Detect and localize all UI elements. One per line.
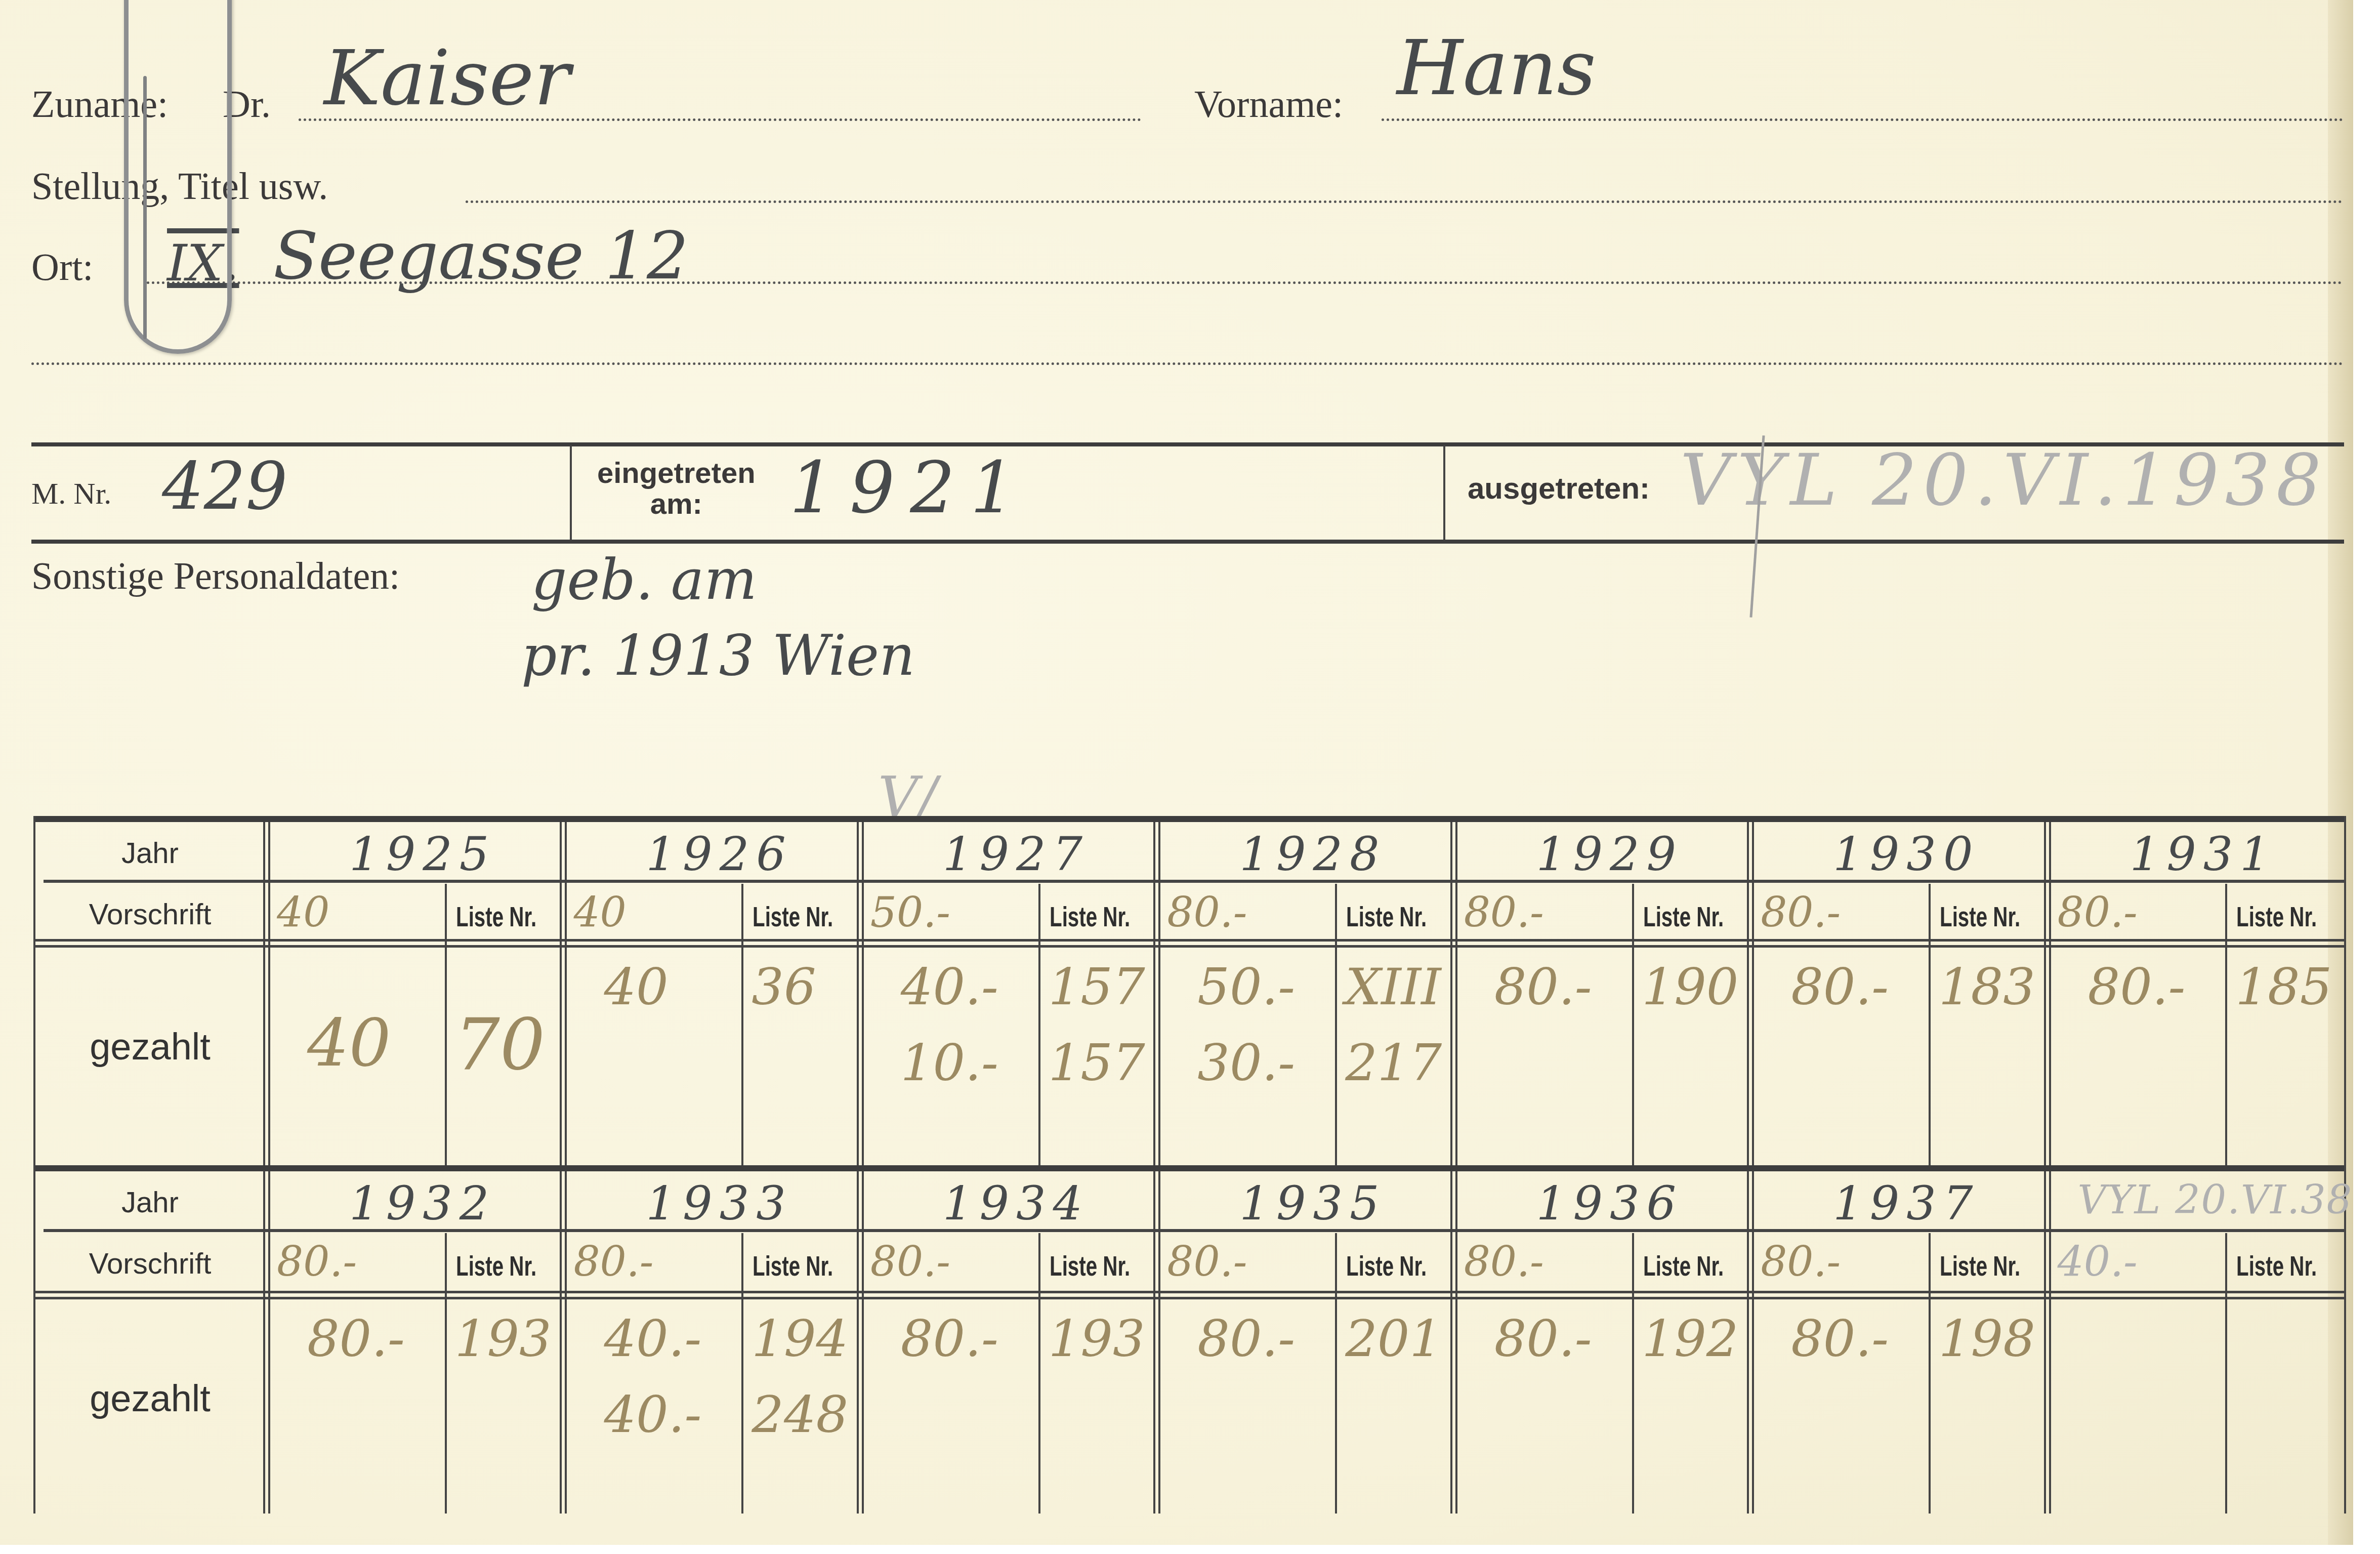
liste-column-divider <box>741 884 743 1165</box>
liste-nr-label: Liste Nr. <box>1346 1249 1427 1282</box>
mnr-divider-1 <box>570 445 572 540</box>
liste-column-divider <box>1929 884 1931 1165</box>
year-column-divider <box>1747 822 1754 1165</box>
liste-value: 217 <box>1345 1038 1442 1088</box>
personal-line2: pr. 1913 Wien <box>521 628 915 683</box>
liste-column-divider <box>2225 884 2227 1165</box>
card-edge <box>2328 0 2353 1545</box>
row-label-gezahlt: gezahlt <box>33 1377 267 1420</box>
eingetreten-label: eingetreten am: <box>597 458 756 520</box>
year-value: 1933 <box>594 1180 845 1227</box>
year-value: 1937 <box>1781 1180 2032 1227</box>
liste-nr-label: Liste Nr. <box>456 1249 536 1282</box>
gezahlt-value: 50.- <box>1197 962 1295 1012</box>
liste-nr-label: Liste Nr. <box>2236 900 2317 933</box>
liste-column-divider <box>1632 884 1634 1165</box>
paperclip-inner-wire <box>143 76 147 339</box>
liste-value: 185 <box>2235 962 2332 1012</box>
gezahlt-value: 30.- <box>1197 1038 1295 1088</box>
year-column-divider <box>1450 1171 1457 1514</box>
year-column-divider <box>857 822 864 1165</box>
row-label-gezahlt: gezahlt <box>33 1025 267 1068</box>
gezahlt-value: 80.- <box>1494 962 1592 1012</box>
year-value: 1931 <box>2078 831 2329 878</box>
liste-nr-label: Liste Nr. <box>1643 1249 1724 1282</box>
gezahlt-value: 80.- <box>1791 1314 1889 1364</box>
liste-column-divider <box>1335 1233 1337 1514</box>
year-value: 1927 <box>891 831 1142 878</box>
membership-card: Zuname: Dr. Kaiser Vorname: Hans Stellun… <box>0 0 2353 1545</box>
vorname-line <box>1382 118 2343 121</box>
gezahlt-value: 40 <box>307 1010 391 1076</box>
vorschrift-value: 80.- <box>1464 892 1544 934</box>
year-value: 1925 <box>297 831 548 878</box>
year-value: 1928 <box>1187 831 1438 878</box>
gezahlt-value: 80.- <box>1494 1314 1592 1364</box>
table-top-rule <box>33 816 2344 822</box>
year-column-divider <box>263 1171 270 1514</box>
gezahlt-value: 40.- <box>604 1314 701 1364</box>
eingetreten-label-line2: am: <box>597 489 756 520</box>
vorschrift-value: 80.- <box>573 1242 653 1283</box>
mnr-bottom-rule <box>31 540 2344 544</box>
table-double-rule-b <box>33 1297 2344 1299</box>
year-column-divider <box>560 1171 567 1514</box>
liste-column-divider <box>445 1233 447 1514</box>
liste-column-divider <box>1929 1233 1931 1514</box>
vorname-label: Vorname: <box>1194 85 1343 124</box>
liste-value: 157 <box>1049 1038 1145 1088</box>
year-value: 1934 <box>891 1180 1142 1227</box>
vorschrift-value: 80.- <box>1167 892 1247 934</box>
year-column-divider <box>560 822 567 1165</box>
gezahlt-value: 40.- <box>604 1389 701 1440</box>
year-value: 1932 <box>297 1180 548 1227</box>
liste-value: 248 <box>751 1389 848 1440</box>
paperclip-icon <box>124 0 232 354</box>
liste-column-divider <box>445 884 447 1165</box>
liste-value: XIII <box>1345 962 1441 1012</box>
liste-value: 193 <box>1049 1314 1145 1364</box>
year-value: 1930 <box>1781 831 2032 878</box>
liste-nr-label: Liste Nr. <box>1940 900 2020 933</box>
year-column-divider <box>1153 822 1160 1165</box>
row-label-vorschrift: Vorschrift <box>33 1247 267 1281</box>
eingetreten-value: 1921 <box>789 453 1030 524</box>
gezahlt-value: 80.- <box>307 1314 405 1364</box>
vorschrift-value: 80.- <box>1761 1242 1841 1283</box>
liste-nr-label: Liste Nr. <box>753 900 833 933</box>
liste-column-divider <box>1632 1233 1634 1514</box>
year-column-divider <box>1747 1171 1754 1514</box>
row-label-jahr: Jahr <box>33 1185 267 1219</box>
gezahlt-value: 40 <box>604 962 668 1012</box>
mnr-value: 429 <box>162 453 287 519</box>
row-label-vorschrift: Vorschrift <box>33 897 267 931</box>
vorschrift-value: 40 <box>573 892 626 934</box>
liste-column-divider <box>1038 1233 1040 1514</box>
liste-value: 201 <box>1345 1314 1442 1364</box>
table-top-rule <box>33 1165 2344 1171</box>
liste-value: 36 <box>751 962 816 1012</box>
year-value: 1929 <box>1484 831 1735 878</box>
liste-nr-label: Liste Nr. <box>753 1249 833 1282</box>
ausgetreten-value: VYL 20.VI.1938 <box>1680 445 2327 516</box>
table-right-border <box>2344 816 2346 1165</box>
liste-nr-label: Liste Nr. <box>456 900 536 933</box>
mnr-label: M. Nr. <box>31 478 111 509</box>
liste-nr-label: Liste Nr. <box>1050 900 1130 933</box>
liste-value: 183 <box>1939 962 2035 1012</box>
year-column-divider <box>2044 1171 2051 1514</box>
ausgetreten-label: ausgetreten: <box>1468 473 1650 504</box>
liste-value: 70 <box>455 1010 545 1081</box>
vorschrift-value: 80.- <box>2058 892 2138 934</box>
mnr-divider-2 <box>1443 445 1445 540</box>
year-column-divider <box>857 1171 864 1514</box>
ort-label: Ort: <box>31 248 93 287</box>
gezahlt-value: 80.- <box>2088 962 2186 1012</box>
year-value: 1936 <box>1484 1180 1735 1227</box>
liste-value: 198 <box>1939 1314 2035 1364</box>
liste-nr-label: Liste Nr. <box>1940 1249 2020 1282</box>
zuname-value: Kaiser <box>324 40 570 116</box>
year-column-divider <box>1450 822 1457 1165</box>
liste-value: 193 <box>455 1314 552 1364</box>
gezahlt-value: 40.- <box>901 962 998 1012</box>
gezahlt-value: 10.- <box>901 1038 998 1088</box>
vorschrift-value: 40 <box>277 892 329 934</box>
liste-value: 194 <box>751 1314 848 1364</box>
year-column-divider <box>2044 822 2051 1165</box>
row-label-jahr: Jahr <box>33 836 267 870</box>
liste-column-divider <box>1038 884 1040 1165</box>
gezahlt-value: 80.- <box>1791 962 1889 1012</box>
liste-value: 192 <box>1642 1314 1739 1364</box>
extra-line <box>31 362 2344 365</box>
vorschrift-value: 40.- <box>2058 1242 2138 1283</box>
gezahlt-value: 80.- <box>901 1314 998 1364</box>
table-double-rule-a <box>33 1291 2344 1293</box>
personal-label: Sonstige Personaldaten: <box>31 557 400 595</box>
liste-value: 190 <box>1642 962 1739 1012</box>
ort-value: Seegasse 12 <box>273 223 689 289</box>
vorschrift-value: 80.- <box>1167 1242 1247 1283</box>
year-column-divider <box>1153 1171 1160 1514</box>
vorschrift-value: 80.- <box>870 1242 950 1283</box>
year-value: 1926 <box>594 831 845 878</box>
personal-line1: geb. am <box>531 552 757 607</box>
year-value: 1935 <box>1187 1180 1438 1227</box>
year-value: VYL 20.VI.38 <box>2078 1180 2329 1220</box>
vorschrift-value: 80.- <box>1761 892 1841 934</box>
year-column-divider <box>263 822 270 1165</box>
vorname-value: Hans <box>1397 30 1596 106</box>
liste-nr-label: Liste Nr. <box>1643 900 1724 933</box>
vorschrift-value: 80.- <box>277 1242 357 1283</box>
liste-value: 157 <box>1049 962 1145 1012</box>
vorschrift-value: 80.- <box>1464 1242 1544 1283</box>
liste-nr-label: Liste Nr. <box>1050 1249 1130 1282</box>
table-double-rule-a <box>33 939 2344 942</box>
eingetreten-label-line1: eingetreten <box>597 458 756 489</box>
gezahlt-value: 80.- <box>1197 1314 1295 1364</box>
liste-column-divider <box>741 1233 743 1514</box>
stellung-line <box>466 200 2343 203</box>
vorschrift-value: 50.- <box>870 892 950 934</box>
liste-column-divider <box>1335 884 1337 1165</box>
liste-nr-label: Liste Nr. <box>1346 900 1427 933</box>
liste-column-divider <box>2225 1233 2227 1514</box>
table-double-rule-b <box>33 945 2344 948</box>
liste-nr-label: Liste Nr. <box>2236 1249 2317 1282</box>
